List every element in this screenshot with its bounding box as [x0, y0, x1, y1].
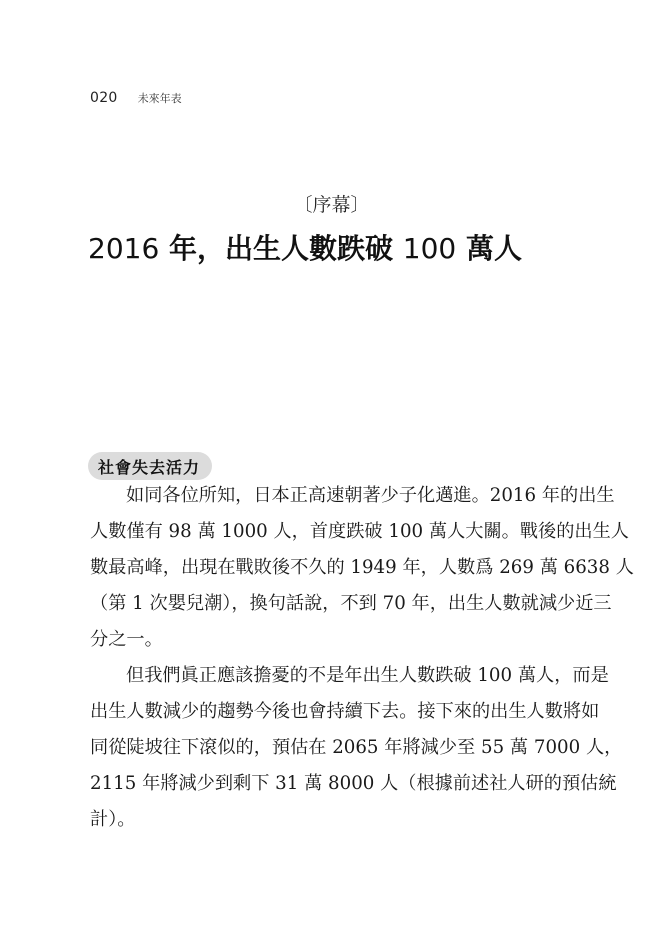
chapter-title-year: 2016 [88, 232, 159, 265]
book-page: 020 未來年表 〔序幕〕 2016 年，出生人數跌破 100 萬人 社會失去活… [0, 0, 663, 932]
chapter-title-text-1: 年，出生人數跌破 [159, 232, 403, 265]
chapter-title: 2016 年，出生人數跌破 100 萬人 [88, 227, 558, 267]
book-title: 未來年表 [138, 90, 182, 106]
text-line: 出生人數減少的趨勢今後也會持續下去。接下來的出生人數將如 [90, 694, 560, 730]
paragraph-1: 如同各位所知，日本正高速朝著少子化邁進。2016 年的出生 人數僅有 98 萬 … [90, 478, 560, 658]
text-line: 計）。 [90, 802, 560, 838]
text-line: （第 1 次嬰兒潮），換句話說，不到 70 年，出生人數就減少近三 [90, 586, 560, 622]
chapter-title-text-2: 萬人 [456, 232, 522, 265]
page-number: 020 [90, 90, 118, 106]
text-line: 數最高峰，出現在戰敗後不久的 1949 年，人數爲 269 萬 6638 人 [90, 550, 560, 586]
text-line: 分之一。 [90, 622, 560, 658]
chapter-label: 〔序幕〕 [0, 190, 663, 217]
section-heading: 社會失去活力 [88, 452, 212, 480]
text-line: 如同各位所知，日本正高速朝著少子化邁進。2016 年的出生 [90, 478, 560, 514]
paragraph-2: 但我們眞正應該擔憂的不是年出生人數跌破 100 萬人，而是 出生人數減少的趨勢今… [90, 658, 560, 838]
chapter-title-number: 100 [403, 232, 456, 265]
text-line: 但我們眞正應該擔憂的不是年出生人數跌破 100 萬人，而是 [90, 658, 560, 694]
running-head: 020 未來年表 [90, 88, 182, 108]
text-line: 同從陡坡往下滾似的，預估在 2065 年將減少至 55 萬 7000 人， [90, 730, 560, 766]
text-line: 人數僅有 98 萬 1000 人，首度跌破 100 萬人大關。戰後的出生人 [90, 514, 560, 550]
text-line: 2115 年將減少到剩下 31 萬 8000 人（根據前述社人研的預估統 [90, 766, 560, 802]
